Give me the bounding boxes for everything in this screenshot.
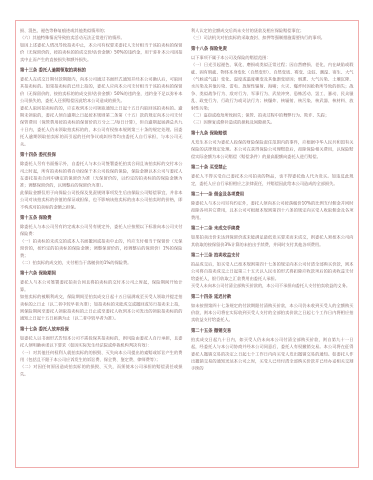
article-heading: 第十四条 委托投保	[20, 152, 183, 159]
paragraph: （一）日光引起褪色、氧化、磨损或类似正常过程；因自然磨损、老化、内在缺陷或瑕疵、…	[191, 61, 354, 111]
article-heading: 第二十三条 拍卖收益支付	[191, 252, 354, 259]
paragraph: 凡发生本公司为委托人投保的财险保险责任范围内的事件，应根据中华人民共和国有关保险…	[191, 138, 354, 160]
paragraph: （三）司法机关对拍卖标的采取查封、扣押等强制措施需要执行的事项。	[191, 34, 354, 41]
paragraph: 此保险金额仅用于向保险公司投保及免责规则事项发生后由保险公司赔偿事宜，并非本公司…	[20, 189, 183, 211]
article-heading: 第二十二条 未成交手续费	[191, 226, 354, 233]
article-heading: 第二十一条 佣金及各项费用	[191, 191, 354, 198]
paragraph: 拍品成交后，如买受人已按本规则第四十七条的规定向本公司付清全部购买价款，则本公司…	[191, 260, 354, 282]
paragraph: 以下事项不属于本公司及保险的赔偿范围：	[191, 54, 354, 61]
paragraph: （二）对因任何原因造成拍卖标的的损毁、灭失，而须使本公司承担的赔偿责任或损失。	[20, 363, 183, 377]
article-heading: 第二十条 买受禁止	[191, 165, 354, 172]
paragraph: 除委托人与本公司另有约定或本公司另有规定外，委托人应按照以下标准向本公司支付保险…	[20, 223, 183, 237]
paragraph: 委托人取回拍卖标的的，应在收到本公司领取通知之日起十五日内取回该拍卖标的。逾期未…	[20, 104, 183, 147]
paragraph: （一）拍卖标的未成交的或本人书面撤回或拍卖中止的，均应支付相当于保留价（无保留价…	[20, 237, 183, 259]
paragraph: 委托人在成交日期付款期限内，向本公司通过书面形式通知并经本公司确认后，可取回其拍…	[20, 76, 183, 105]
paragraph: （一）对其他任何权利人就拍卖标的的损毁、灭失向本公司提出的索赔或诉讼产生的费用（…	[20, 349, 183, 363]
paragraph: 如果拍卖出价未达到保留价或未能满足最低竞买要求而未成交，则委托人须按本公司向其收…	[191, 234, 354, 248]
paragraph: 如因上述委托人情况导致拍卖中止，本公司有权要求委托人支付相当于该拍卖标的保留价（…	[20, 41, 183, 63]
paragraph: 除委托人另有书面指示外，自委托人与本公司签署委托拍卖合同且该拍卖标的交付本公司之…	[20, 160, 183, 189]
paragraph: （二）盗窃或抢劫所致损失；保管、拍卖过程中的舞弊行为、欺诈、失踪；	[191, 112, 354, 119]
article-heading: 第十九条 保险赔偿	[191, 130, 354, 137]
article-heading: 第二十五条 撤销交易	[191, 328, 354, 335]
paragraph: 利人认定的全额成交后尚未支付的货款及相应保险赔偿事宜；	[191, 27, 354, 34]
paragraph: （二）拍卖标的成交的，支付相当于落槌价的1%的保险费。	[20, 259, 183, 266]
paragraph: （六）其他特殊情况导致拍卖活动无法正常进行的情形。	[20, 34, 183, 41]
paragraph: 损、混色、褪色等修复痕迹或其他类似情形的；	[20, 27, 183, 34]
article-heading: 第二十四条 延迟付款	[191, 294, 354, 301]
article-heading: 第十三条 委托人逾期领取拍卖标的	[20, 68, 183, 75]
page-border-frame: 损、混色、褪色等修复痕迹或其他类似情形的；（六）其他特殊情况导致拍卖活动无法正常…	[15, 20, 359, 468]
text-column-right: 利人认定的全额成交后尚未支付的货款及相应保险赔偿事宜；（三）司法机关对拍卖标的采…	[191, 27, 354, 378]
article-heading: 第十六条 保险期间	[20, 271, 183, 278]
paragraph: 买受人未向本公司付清全部购买价款的，本公司不承担向委托人支付拍卖收益的义务。	[191, 282, 354, 289]
paragraph: （三）因修复或修补造成的损耗及间隙损失。	[191, 119, 354, 126]
paragraph: 拍卖成交日起九十日内，如买受人仍未向本公司付清全部购买价款，则自第九十一日起，经…	[191, 336, 354, 372]
paragraph: 如委托人以书面形式告知本公司不需投保其拍卖标的，则风险由委托人自行承担，且委托人…	[20, 334, 183, 348]
document-page: 损、混色、褪色等修复痕迹或其他类似情形的；（六）其他特殊情况导致拍卖活动无法正常…	[0, 0, 373, 480]
paragraph: 委托人不得买受自己委托本公司拍卖的物品，也不得委托他人代为竞买。如违反此规定，委…	[191, 173, 354, 187]
paragraph: 除委托人与本公司另有约定外，委托人须向本公司按落槌价10%的比例支付佣金并同时扣…	[191, 199, 354, 221]
article-heading: 第十八条 保险免责	[191, 46, 354, 53]
text-column-left: 损、混色、褪色等修复痕迹或其他类似情形的；（六）其他特殊情况导致拍卖活动无法正常…	[20, 27, 183, 378]
paragraph: 如未按照第四十七条规定的付款期限付清购买价款，本公司仍未收到买受人的全额购买价款…	[191, 302, 354, 324]
paragraph: 委托人与本公司签署委托拍卖合同且将拍卖标的交付本公司之时起，保险期间开始计算。	[20, 279, 183, 293]
article-heading: 第十五条 保险费	[20, 215, 183, 222]
contract-text-content: 损、混色、褪色等修复痕迹或其他类似情形的；（六）其他特殊情况导致拍卖活动无法正常…	[16, 21, 358, 384]
paragraph: 如拍卖标的被顺利成交，保险期间至拍卖成交日起十五日届满或至买受人领取并提走拍卖标…	[20, 293, 183, 322]
article-heading: 第十七条 委托人放弃投保	[20, 326, 183, 333]
